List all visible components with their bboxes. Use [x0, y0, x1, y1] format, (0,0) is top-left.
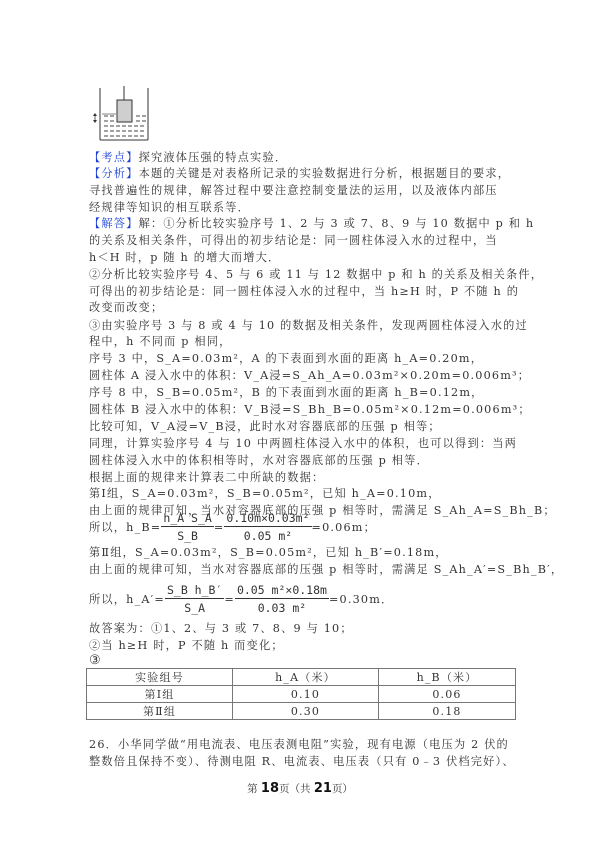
eq2-f2-den: 0.03 m² — [235, 599, 329, 615]
eq2-f1-num: S_B h_B′ — [165, 583, 224, 599]
jieda-text-3: ②分析比较实验序号 4、5 与 6 或 11 与 12 数据中 p 和 h 的关… — [89, 267, 543, 283]
page-number: 18 — [261, 781, 279, 796]
jieda-text-2: h＜H 时，p 随 h 的增大而增大． — [89, 250, 280, 266]
eq1-fraction-1: h_A S_AS_B — [161, 511, 213, 543]
fenxi-tag: 【分析】 — [89, 167, 139, 180]
table-cell: 第Ⅰ组 — [87, 686, 233, 703]
table-cell: 0.06 — [379, 686, 516, 703]
answer-line-1: 故答案为：①1、2、与 3 或 7、8、9 与 10； — [89, 621, 353, 637]
next-question-line-2: 整数倍且保持不变）、待测电阻 R、电流表、电压表（只有 0﹣3 伏档完好）、 — [89, 754, 515, 770]
jieda-line: 【解答】解：①分析比较实验序号 1、2 与 3 或 7、8、9 与 10 数据中… — [89, 216, 534, 232]
table-cell: 第Ⅱ组 — [87, 703, 233, 720]
jieda-text-1: 的关系及相关条件，可得出的初步结论是：同一圆柱体浸入水的过程中，当 — [89, 233, 498, 249]
table-row: 第Ⅰ组 0.10 0.06 — [87, 686, 516, 703]
eq1-f1-den: S_B — [161, 527, 213, 543]
next-question-line-1: 26．小华同学做“用电流表、电压表测电阻”实验，现有电源（电压为 2 伏的 — [89, 737, 509, 753]
jieda-text-6: ③由实验序号 3 与 8 或 4 与 10 的数据及相关条件，发现两圆柱体浸入水… — [89, 318, 528, 334]
eq1-f2-num: 0.10m×0.03m² — [224, 511, 311, 527]
eq2-f2-num: 0.05 m²×0.18m — [235, 583, 329, 599]
beaker-figure: h — [92, 86, 156, 142]
table-cell: 0.18 — [379, 703, 516, 720]
table-row: 第Ⅱ组 0.30 0.18 — [87, 703, 516, 720]
equation-ha: 所以，h_A′= S_B h_B′S_A = 0.05 m²×0.18m0.03… — [89, 578, 393, 620]
calc-line-11: 第Ⅱ组，S_A=0.03m²，S_B=0.05m²，已知 h_B′=0.18m， — [89, 545, 448, 561]
h-label: h — [92, 115, 93, 123]
answer-line-2: ②当 h≥H 时，P 不随 h 而变化； — [89, 638, 284, 654]
eq2-prefix: 所以，h_A′= — [89, 591, 165, 607]
calc-line-2: 圆柱体 A 浸入水中的体积：V_A浸=S_Ah_A=0.03m²×0.20m=0… — [89, 368, 530, 384]
jieda-text-7: 程中，h 不同而 p 相同， — [89, 334, 232, 350]
calc-line-9: 第Ⅰ组，S_A=0.03m²，S_B=0.05m²，已知 h_A=0.10m， — [89, 486, 441, 502]
eq2-fraction-2: 0.05 m²×0.18m0.03 m² — [235, 583, 329, 615]
eq1-fraction-2: 0.10m×0.03m²0.05 m² — [224, 511, 311, 543]
eq1-result: =0.06m； — [312, 519, 376, 535]
table-header-row: 实验组号 h_A（米） h_B（米） — [87, 669, 516, 686]
footer-post: 页） — [332, 783, 353, 795]
footer-mid: 页（共 — [279, 783, 314, 795]
table-cell: 0.30 — [233, 703, 379, 720]
eq2-f1-den: S_A — [165, 599, 224, 615]
total-pages: 21 — [314, 781, 332, 796]
table-cell: 0.10 — [233, 686, 379, 703]
fenxi-text-0: 本题的关键是对表格所记录的实验数据进行分析，根据题目的要求， — [139, 167, 511, 180]
eq2-fraction-1: S_B h_B′S_A — [165, 583, 224, 615]
kaodian-tag: 【考点】 — [89, 151, 139, 164]
fenxi-text-2: 经规律等知识的相互联系等． — [89, 200, 250, 216]
kaodian-text: 探究液体压强的特点实验． — [139, 151, 288, 164]
jieda-text-4: 可得出的初步结论是：同一圆柱体浸入水的过程中，当 h≥H 时，P 不随 h 的 — [89, 284, 519, 300]
document-page: h 【考点】探究液体压强的特点实验． 【分析】本题的关键是对表格所记录的实验数据… — [0, 0, 600, 848]
calc-line-4: 圆柱体 B 浸入水中的体积：V_B浸=S_Bh_B=0.05m²×0.12m=0… — [89, 402, 531, 418]
fenxi-line: 【分析】本题的关键是对表格所记录的实验数据进行分析，根据题目的要求， — [89, 166, 510, 182]
calc-line-7: 圆柱体浸入水中的体积相等时，水对容器底部的压强 p 相等． — [89, 453, 429, 469]
eq2-result: =0.30m． — [329, 591, 393, 607]
eq1-f1-num: h_A S_A — [161, 511, 213, 527]
eq1-prefix: 所以，h_B= — [89, 519, 161, 535]
table-header: h_A（米） — [233, 669, 379, 686]
eq1-f2-den: 0.05 m² — [224, 527, 311, 543]
calc-line-6: 同理，计算实验序号 4 与 10 中两圆柱体浸入水中的体积，也可以得到：当两 — [89, 436, 517, 452]
calc-line-3: 序号 8 中，S_B=0.05m²，B 的下表面到水面的距离 h_B=0.12m… — [89, 385, 484, 401]
table-header: 实验组号 — [87, 669, 233, 686]
footer-pre: 第 — [247, 783, 261, 795]
jieda-text-0: 解：①分析比较实验序号 1、2 与 3 或 7、8、9 与 10 数据中 p 和… — [139, 217, 535, 230]
jieda-tag: 【解答】 — [89, 217, 139, 230]
answer-line-3: ③ — [89, 653, 102, 669]
equation-hb: 所以，h_B= h_A S_AS_B = 0.10m×0.03m²0.05 m²… — [89, 507, 376, 547]
table-header: h_B（米） — [379, 669, 516, 686]
page-footer: 第 18页（共 21页） — [0, 781, 600, 796]
jieda-text-5: 改变而改变； — [89, 300, 163, 316]
calc-line-8: 根据上面的规律来计算表二中所缺的数据： — [89, 470, 324, 486]
fenxi-text-1: 寻找普遍性的规律，解答过程中要注意控制变量法的运用，以及液体内部压 — [89, 183, 498, 199]
results-table: 实验组号 h_A（米） h_B（米） 第Ⅰ组 0.10 0.06 第Ⅱ组 0.3… — [86, 668, 516, 720]
calc-line-1: 序号 3 中，S_A=0.03m²，A 的下表面到水面的距离 h_A=0.20m… — [89, 351, 483, 367]
calc-line-5: 比较可知，V_A浸=V_B浸，此时水对容器底部的压强 p 相等； — [89, 419, 441, 435]
calc-line-12: 由上面的规律可知，当水对容器底部的压强 p 相等时，需满足 S_Ah_A′=S_… — [89, 562, 563, 578]
kaodian-line: 【考点】探究液体压强的特点实验． — [89, 150, 287, 166]
